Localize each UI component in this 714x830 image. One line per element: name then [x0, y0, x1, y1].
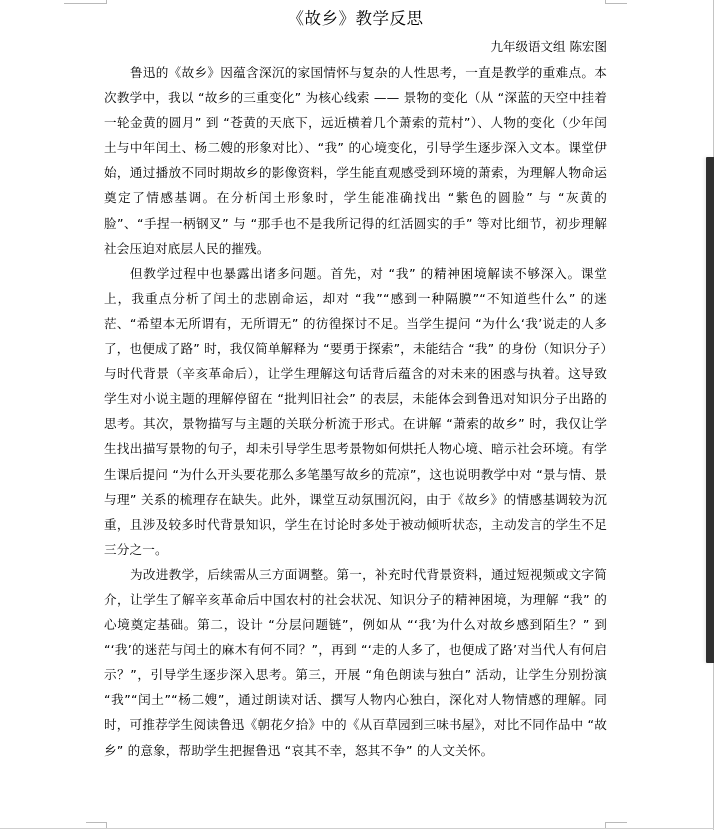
document-page: 《故乡》教学反思 九年级语文组 陈宏图 鲁迅的《故乡》因蕴含深沉的家国情怀与复杂…: [0, 0, 712, 828]
document-title: 《故乡》教学反思: [104, 6, 607, 32]
corner-mark-top-left-h: [64, 3, 106, 4]
corner-mark-top-left-v: [106, 0, 107, 4]
corner-mark-top-right-v: [605, 0, 606, 4]
page-bottom-border: [0, 828, 714, 829]
paragraph-1: 鲁迅的《故乡》因蕴含深沉的家国情怀与复杂的人性思考，一直是教学的重难点。本次教学…: [104, 60, 607, 261]
paragraph-2: 但教学过程中也暴露出诸多问题。首先，对 “我” 的精神困境解读不够深入。课堂上，…: [104, 261, 607, 562]
document-body[interactable]: 《故乡》教学反思 九年级语文组 陈宏图 鲁迅的《故乡》因蕴含深沉的家国情怀与复杂…: [104, 6, 607, 763]
document-author: 九年级语文组 陈宏图: [104, 36, 607, 60]
corner-mark-top-right-h: [605, 3, 627, 4]
vertical-scrollbar-thumb[interactable]: [706, 157, 714, 663]
corner-mark-bottom-right-h: [605, 822, 627, 823]
paragraph-3: 为改进教学，后续需从三方面调整。第一，补充时代背景资料，通过短视频或文字简介，让…: [104, 562, 607, 763]
corner-mark-bottom-left-h: [86, 822, 107, 823]
